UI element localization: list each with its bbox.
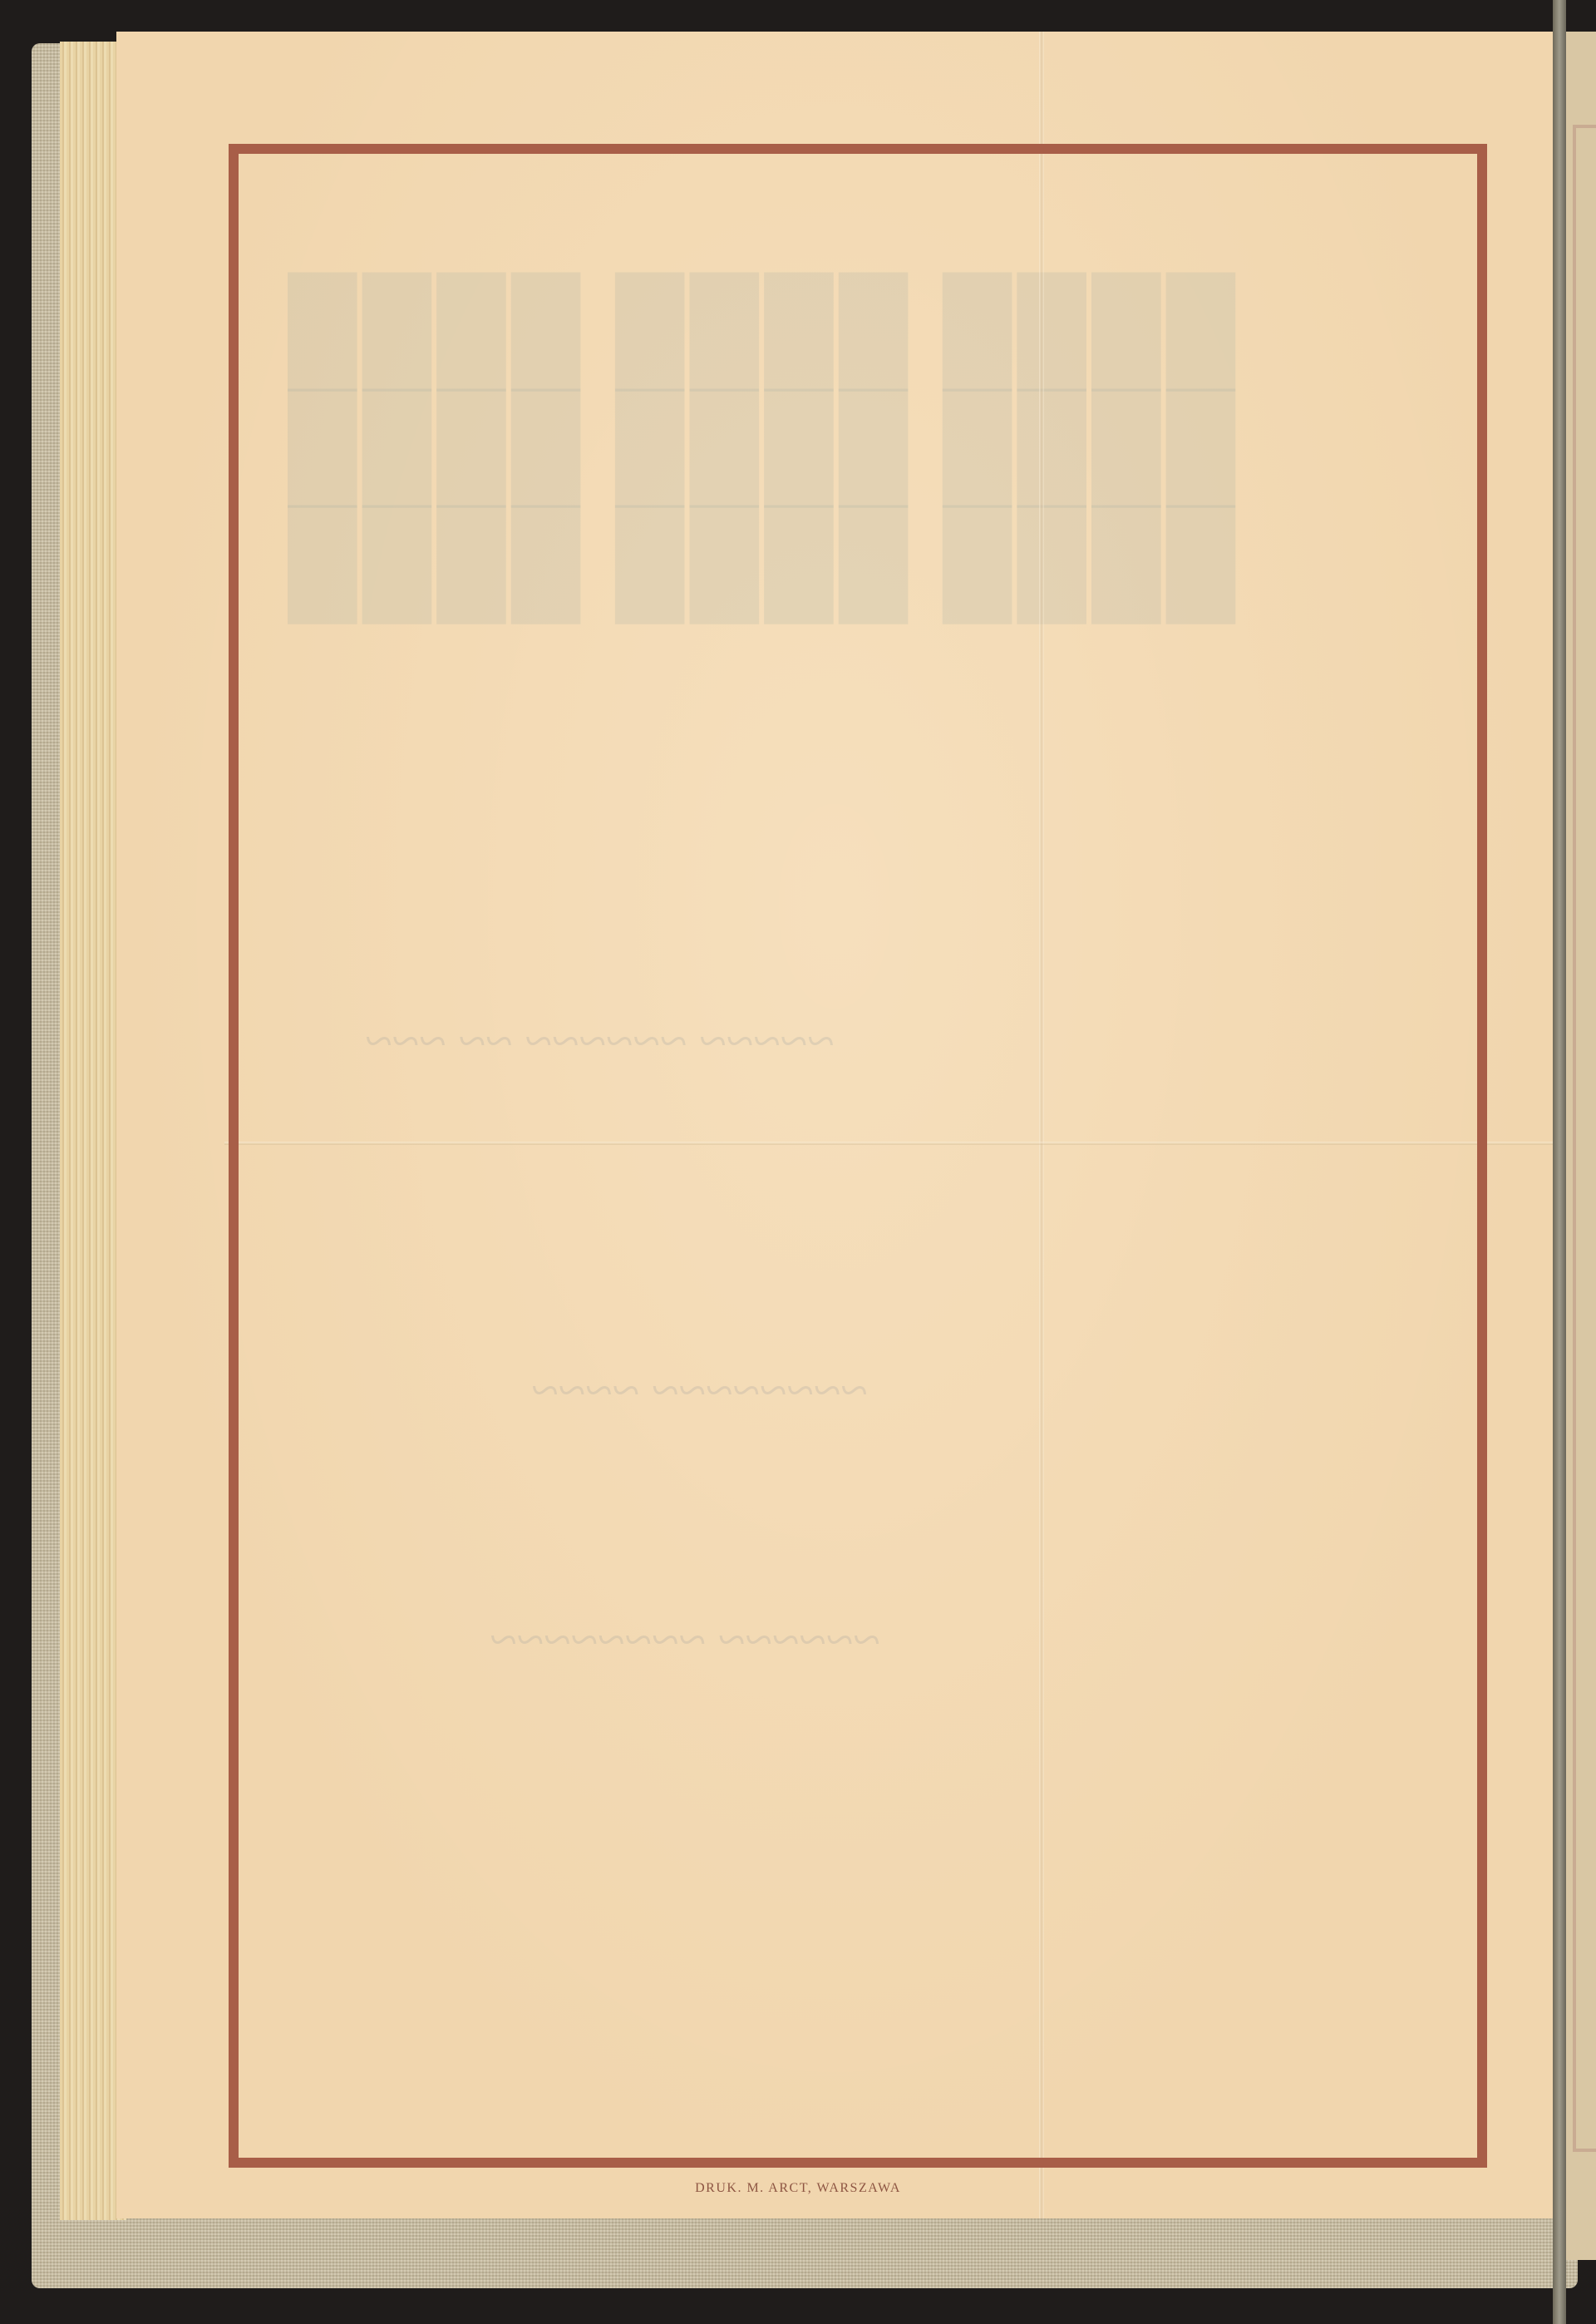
book-gutter [1553,0,1566,2324]
book-page: ████ ████ ████ ████ ████ ████ ████ ████ … [116,32,1553,2218]
printed-border-frame [229,144,1487,2168]
adjacent-page-border [1573,125,1596,2152]
printer-imprint: DRUK. M. ARCT, WARSZAWA [0,2181,1596,2196]
